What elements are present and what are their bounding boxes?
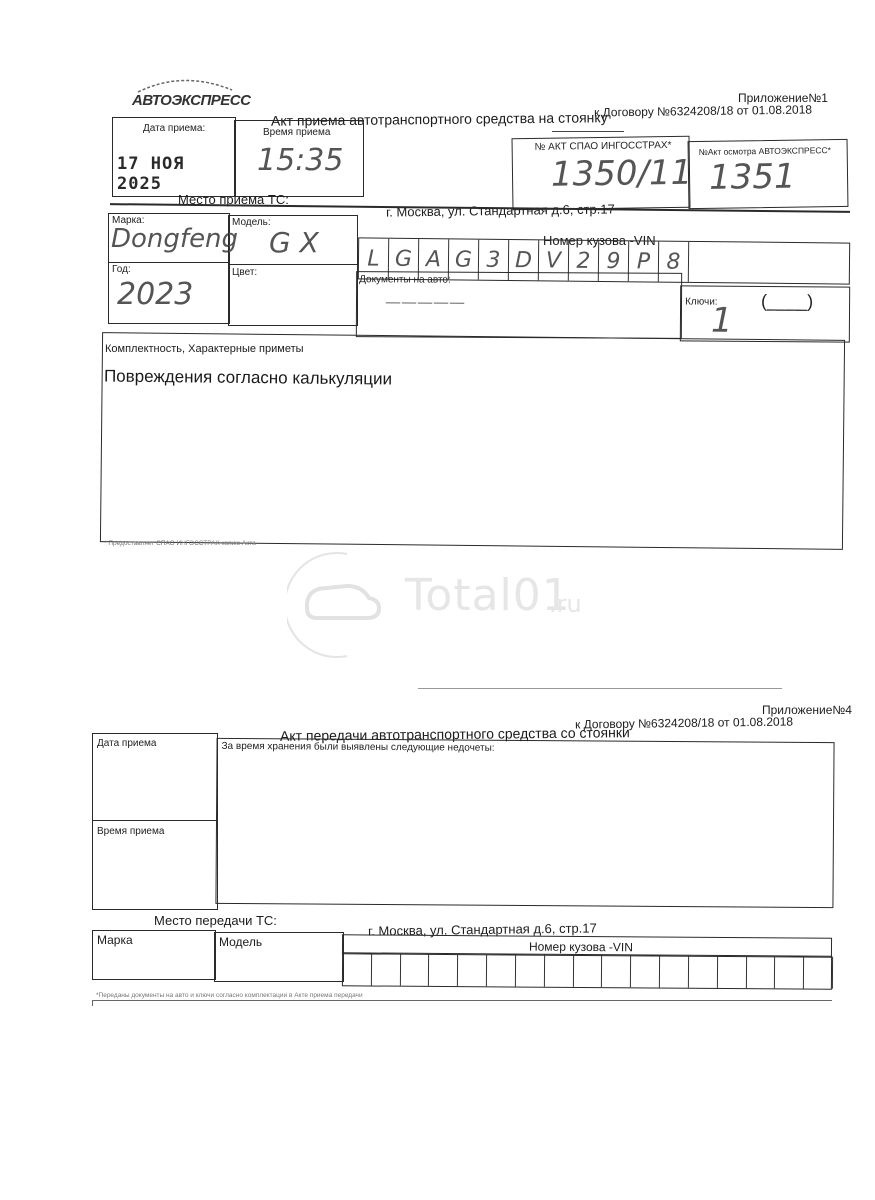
documents-label: Документы на авто: bbox=[359, 274, 451, 285]
vin-char-cell[interactable] bbox=[545, 955, 574, 987]
date-label: Дата приема: bbox=[143, 123, 205, 134]
date-cell-2: Дата приема bbox=[92, 733, 218, 821]
autoexpress-act-cell: №Акт осмотра АВТОЭКСПРЕСС* 1351 bbox=[688, 139, 849, 209]
contract-reference: к Договору №6324208/18 от 01.08.2018 bbox=[594, 102, 812, 119]
place-value: г. Москва, ул. Стандартная д.6, стр.17 bbox=[386, 201, 615, 219]
keys-extra[interactable]: (____) bbox=[761, 291, 813, 312]
vin-char-cell[interactable] bbox=[458, 954, 487, 986]
model-label: Модель: bbox=[232, 217, 271, 228]
time-label: Время приема bbox=[263, 127, 330, 138]
watermark-text: Total01 bbox=[405, 570, 571, 621]
vin-char-cell[interactable] bbox=[718, 956, 747, 988]
vin-char-cell[interactable] bbox=[573, 955, 602, 987]
completeness-value[interactable]: Повреждения согласно калькуляции bbox=[104, 366, 392, 389]
vin-char-cell[interactable] bbox=[689, 956, 718, 988]
brand-label-2: Марка bbox=[97, 933, 133, 947]
ingos-act-label: № АКТ СПАО ИНГОССТРАХ* bbox=[535, 140, 672, 153]
time-label-2: Время приема bbox=[97, 826, 164, 837]
year-cell: Год: 2023 bbox=[108, 262, 230, 324]
vin-char-cell[interactable] bbox=[487, 954, 516, 986]
vin-grid-2 bbox=[342, 952, 832, 989]
ingos-act-cell: № АКТ СПАО ИНГОССТРАХ* 1350/11 bbox=[512, 136, 691, 210]
title-underline bbox=[552, 131, 624, 132]
bottom-rule bbox=[92, 1000, 832, 1001]
footnote: * Предоставляет СПАО ИНГОССТРАХ копию Ак… bbox=[104, 540, 256, 547]
logo-text: АВТОЭКСПРЕСС bbox=[132, 92, 250, 109]
vin-char-cell[interactable] bbox=[401, 954, 430, 986]
vin-char-cell[interactable] bbox=[372, 953, 401, 985]
autoexpress-act-label: №Акт осмотра АВТОЭКСПРЕСС* bbox=[699, 145, 831, 157]
keys-cell: Ключи: 1 (____) bbox=[680, 285, 850, 342]
brand-cell: Марка: Dongfeng bbox=[108, 213, 230, 263]
vin-char-cell[interactable] bbox=[516, 955, 545, 987]
vin-char-cell[interactable] bbox=[775, 956, 804, 988]
documents-value[interactable]: ————— bbox=[385, 292, 465, 311]
time-value[interactable]: 15:35 bbox=[257, 143, 343, 178]
autoexpress-logo: АВТОЭКСПРЕСС bbox=[128, 76, 238, 112]
top-rule bbox=[418, 688, 782, 689]
keys-value[interactable]: 1 bbox=[711, 301, 733, 341]
year-value[interactable]: 2023 bbox=[117, 277, 193, 312]
vin-char-cell[interactable] bbox=[602, 955, 631, 987]
brand-cell-2: Марка bbox=[92, 930, 216, 980]
model-value[interactable]: G X bbox=[269, 226, 319, 259]
defects-box: За время хранения были выявлены следующи… bbox=[215, 738, 834, 908]
vin-char-cell[interactable] bbox=[429, 954, 458, 986]
ingos-act-value[interactable]: 1350/11 bbox=[551, 153, 693, 195]
brand-value[interactable]: Dongfeng bbox=[111, 224, 238, 254]
watermark-suffix: .ru bbox=[549, 590, 582, 618]
vin-char-cell[interactable] bbox=[343, 953, 372, 985]
bottom-rule-tick bbox=[92, 1000, 93, 1006]
watermark-car-icon bbox=[287, 548, 397, 658]
model-label-2: Модель bbox=[219, 935, 262, 949]
documents-cell: Документы на авто: ————— bbox=[356, 271, 682, 339]
model-cell-2: Модель bbox=[214, 932, 344, 982]
watermark: Total01 .ru bbox=[287, 548, 597, 658]
vin-char-cell[interactable] bbox=[631, 955, 660, 987]
color-cell: Цвет: bbox=[228, 264, 358, 326]
vin-char-cell[interactable] bbox=[660, 956, 689, 988]
place-label-2: Место передачи ТС: bbox=[154, 913, 277, 928]
footnote-2: *Переданы документы на авто и ключи согл… bbox=[96, 992, 363, 999]
completeness-box bbox=[100, 332, 845, 550]
time-cell-2: Время приема bbox=[92, 820, 218, 910]
date-cell: Дата приема: 17 НОЯ 2025 bbox=[112, 117, 236, 197]
model-cell: Модель: G X bbox=[228, 215, 358, 265]
year-label: Год: bbox=[112, 264, 131, 275]
vin-char-cell[interactable] bbox=[746, 956, 775, 988]
vin-char-cell[interactable] bbox=[804, 957, 833, 989]
vin-label-2: Номер кузова -VIN bbox=[529, 940, 633, 955]
autoexpress-act-value[interactable]: 1351 bbox=[709, 157, 796, 198]
defects-label: За время хранения были выявлены следующи… bbox=[221, 741, 494, 754]
color-label: Цвет: bbox=[232, 267, 257, 278]
time-cell: Время приема 15:35 bbox=[234, 120, 364, 197]
date-label-2: Дата приема bbox=[97, 738, 156, 749]
date-value[interactable]: 17 НОЯ 2025 bbox=[117, 154, 235, 194]
